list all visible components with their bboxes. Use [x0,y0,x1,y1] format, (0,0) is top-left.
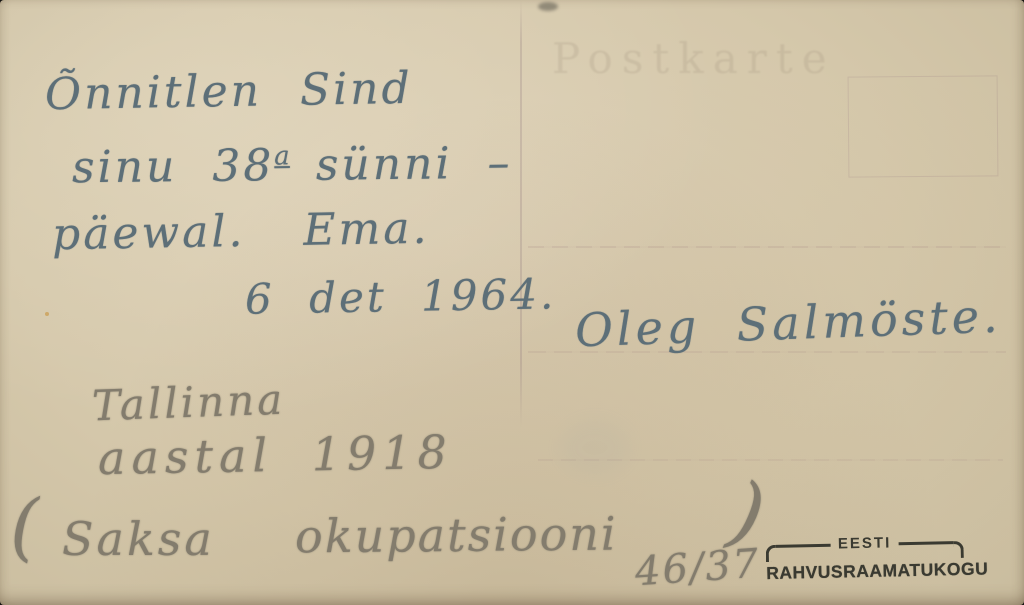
handwritten-word: Ema. [303,203,430,256]
stamp-bracket-corner [954,541,964,558]
handwritten-greeting-line-1: ÕnnitlenSind [45,63,414,120]
paper-speck [45,312,49,316]
handwritten-date: 6 det 1964. [245,269,557,323]
paper-stain [560,420,630,475]
handwritten-word: sünni – [316,138,513,191]
stamp-bracket-arm [776,544,831,548]
superscript-a: a [274,141,290,171]
catalog-number: 46/37 [634,541,762,596]
stamp-title: EESTI [831,535,899,551]
library-stamp: EESTI RAHVUSRAAMATUKOGU [766,541,965,584]
stamp-bracket-corner [766,545,776,562]
handwritten-greeting-line-2: sinu 38asünni – [72,138,513,194]
address-line [528,246,1006,248]
handwritten-word: päewal. [52,206,246,260]
postcard-back: Postkarte ÕnnitlenSind sinu 38asünni – p… [0,0,1024,605]
handwritten-name: Oleg Salmöste. [574,289,1002,358]
pencil-note-word: Saksa [62,512,215,566]
handwritten-word: sinu 38 [72,140,275,193]
pencil-paren-open: ( [10,484,39,570]
pencil-note-year: aastal 1918 [98,425,454,485]
stamp-box-outline [848,75,999,177]
ink-smudge [538,2,558,11]
handwritten-greeting-line-3: päewal.Ema. [52,203,430,261]
handwritten-word: Õnnitlen [45,65,263,120]
stamp-subtitle: RAHVUSRAAMATUKOGU [766,559,964,584]
pencil-note-place: Tallinna [91,375,286,431]
postkarte-showthrough-text: Postkarte [552,34,836,83]
postcard-divider-line [520,0,522,428]
handwritten-word: Sind [299,63,413,116]
stamp-bracket-arm [898,541,953,545]
pencil-note-word: okupatsiooni [295,507,618,564]
